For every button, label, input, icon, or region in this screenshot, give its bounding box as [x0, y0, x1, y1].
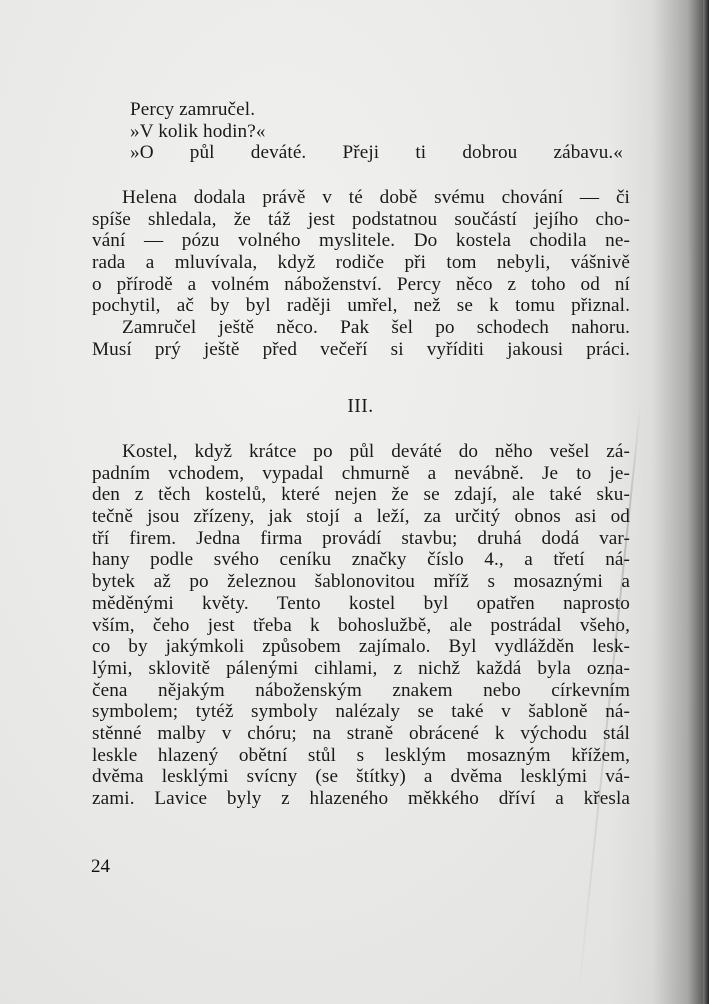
text-line: vším, čeho jest třeba k bohoslužbě, ale … [92, 615, 630, 637]
paragraph-percy: Zamručel ještě něco. Pak šel po schodech… [92, 317, 630, 360]
text-line: Kostel, když krátce po půl deváté do něh… [92, 441, 630, 463]
text-line: o přírodě a volném náboženství. Percy ně… [92, 274, 630, 296]
text-line: Helena dodala právě v té době svému chov… [92, 187, 630, 209]
page-edge-shadow [703, 0, 709, 1004]
dialogue-line: Percy zamručel. [92, 99, 630, 121]
dialogue-line: »O půl deváté. Přeji ti dobrou zábavu.« [92, 142, 623, 164]
text-line: čena nějakým náboženským znakem nebo cír… [92, 680, 630, 702]
text-line: dvěma lesklými svícny (se štítky) a dvěm… [92, 766, 630, 788]
text-line: Zamručel ještě něco. Pak šel po schodech… [92, 317, 630, 339]
text-line: stěnné malby v chóru; na straně obrácené… [92, 723, 630, 745]
paragraph-helena: Helena dodala právě v té době svému chov… [92, 187, 630, 317]
text-line: tří firem. Jedna firma provádí stavbu; d… [92, 528, 630, 550]
text-line: den z těch kostelů, které nejen že se zd… [92, 484, 630, 506]
chapter-heading: III. [0, 396, 709, 418]
text-line: rada a mluvívala, když rodiče při tom ne… [92, 252, 630, 274]
text-line: tečně jsou zřízeny, jak stojí a leží, za… [92, 506, 630, 528]
page-number: 24 [91, 856, 110, 878]
text-line: lými, sklovitě pálenými cihlami, z nichž… [92, 658, 630, 680]
text-line: symbolem; tytéž symboly nalézaly se také… [92, 701, 630, 723]
text-line: co by jakýmkoli způsobem zajímalo. Byl v… [92, 636, 630, 658]
text-line: padním vchodem, vypadal chmurně a nevábn… [92, 463, 630, 485]
text-line: měděnými květy. Tento kostel byl opatřen… [92, 593, 630, 615]
text-line: hany podle svého ceníku značky číslo 4.,… [92, 549, 630, 571]
book-page: Percy zamručel. »V kolik hodin?« »O půl … [0, 0, 709, 1004]
dialogue-block: Percy zamručel. »V kolik hodin?« »O půl … [92, 99, 630, 164]
text-line: vání — pózu volného myslitele. Do kostel… [92, 230, 630, 252]
text-line: bytek až po železnou šablonovitou mříž s… [92, 571, 630, 593]
paragraph-kostel: Kostel, když krátce po půl deváté do něh… [92, 441, 630, 810]
text-line: leskle hlazený obětní stůl s lesklým mos… [92, 745, 630, 767]
text-line: Musí prý ještě před večeří si vyříditi j… [92, 339, 630, 361]
text-line: pochytil, ač by byl raději umřel, než se… [92, 295, 630, 317]
dialogue-line: »V kolik hodin?« [92, 121, 630, 143]
text-line: spíše shledala, že táž jest podstatnou s… [92, 209, 630, 231]
text-line: zami. Lavice byly z hlazeného měkkého dř… [92, 788, 630, 810]
